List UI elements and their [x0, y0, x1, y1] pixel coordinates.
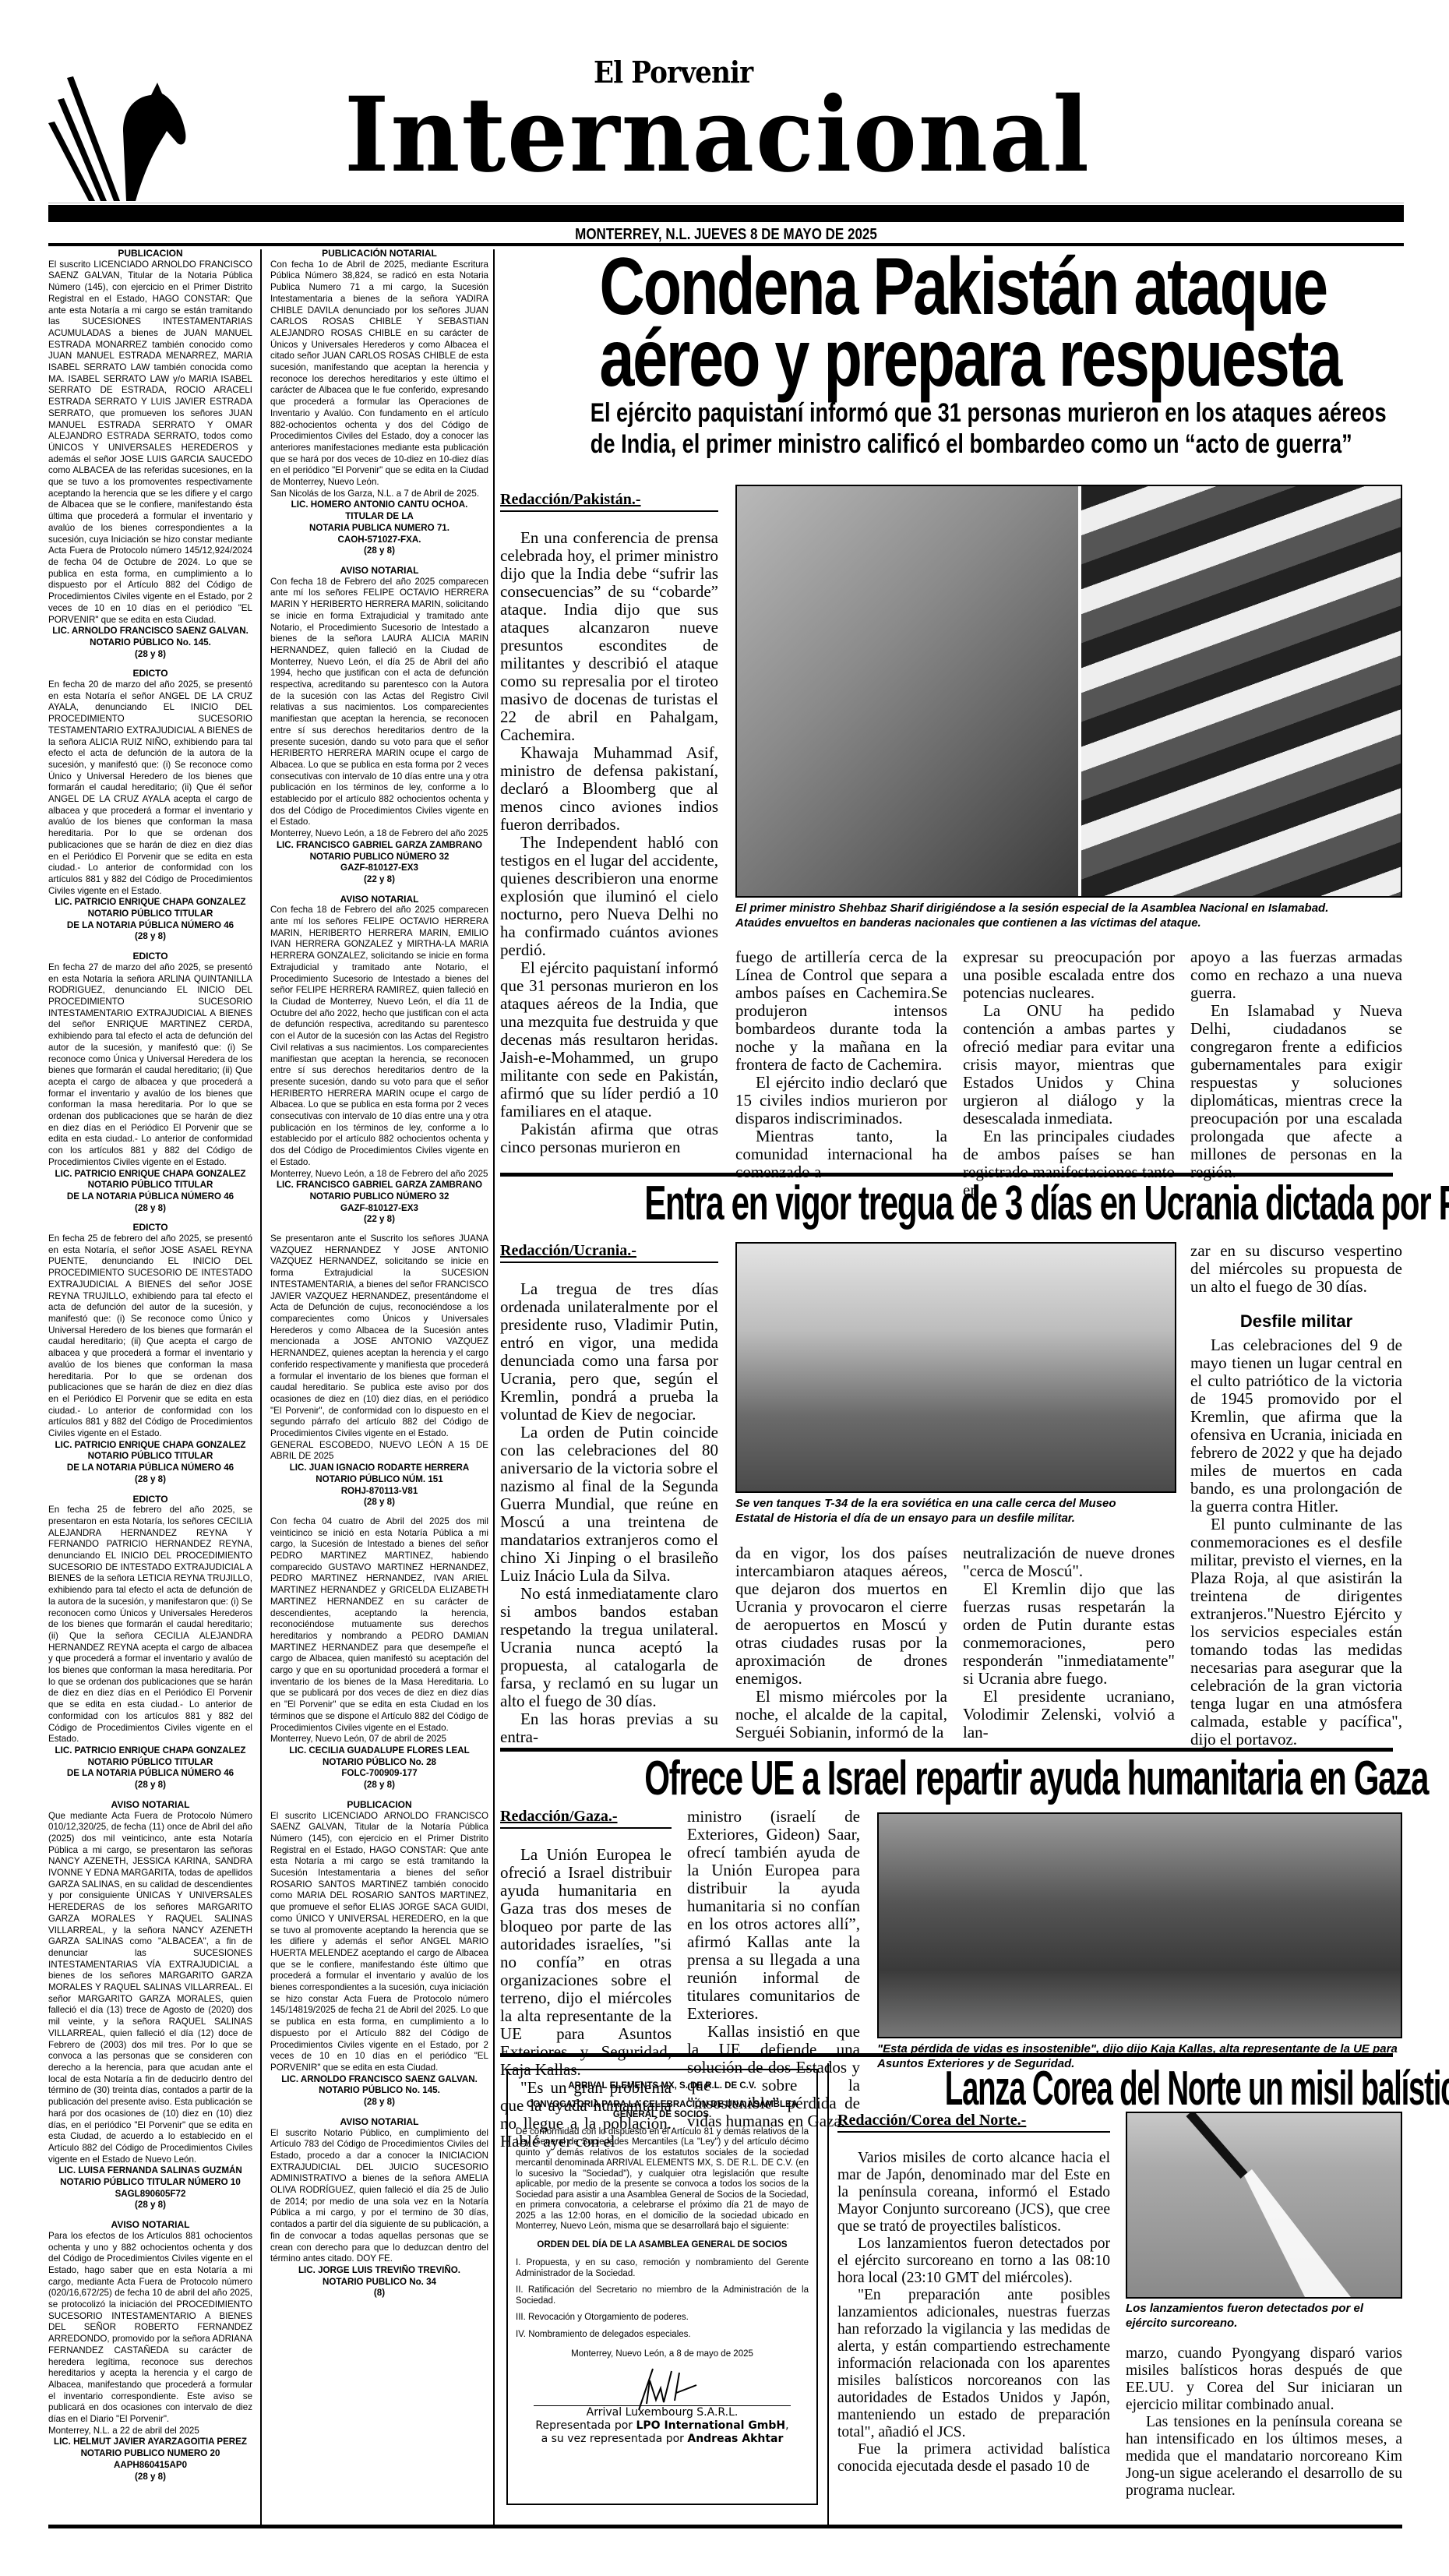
signature-line: (28 y 8) [48, 1203, 252, 1215]
paragraph: fuego de artillería cerca de la Línea de… [735, 948, 947, 1074]
signature-line: NOTARIO PÚBLICO No. 28 [270, 1757, 488, 1769]
subheadline: de India, el primer ministro calificó el… [591, 429, 1312, 460]
notice-date: GENERAL ESCOBEDO, NUEVO LEÓN A 15 DE ABR… [270, 1440, 488, 1463]
signature-line: DE LA NOTARIA PÚBLICA NÚMERO 46 [48, 1463, 252, 1474]
caption-line: Ataúdes envueltos en banderas nacionales… [735, 916, 1402, 930]
notice-date: Monterrey, Nuevo León, a 18 de Febrero d… [270, 828, 488, 840]
notice-body: De conformidad con lo dispuesto en el Ar… [516, 2127, 809, 2232]
signature-line: NOTARIO PÚBLICO No. 145. [48, 637, 252, 649]
photo-prime-minister [737, 486, 1080, 898]
signature-line: LIC. ARNOLDO FRANCISCO SAENZ GALVAN. [48, 626, 252, 637]
notice-title: PUBLICACION [270, 1799, 488, 1811]
signature-line: NOTARIO PÚBLICO TITULAR [48, 1180, 252, 1191]
signature-line: (28 y 8) [270, 545, 488, 557]
legal-notice: AVISO NOTARIALCon fecha 18 de Febrero de… [270, 565, 488, 886]
paragraph: Las celebraciones del 9 de mayo tienen u… [1190, 1336, 1402, 1516]
legal-notice: PUBLICACIÓN NOTARIALCon fecha 1o de Abri… [270, 248, 488, 557]
signature-line: LIC. PATRICIO ENRIQUE CHAPA GONZALEZ [48, 897, 252, 909]
signature-line: LIC. PATRICIO ENRIQUE CHAPA GONZALEZ [48, 1440, 252, 1452]
notice-title: EDICTO [48, 668, 252, 679]
agenda-title: ORDEN DEL DÍA DE LA ASAMBLEA GENERAL DE … [516, 2240, 809, 2251]
headline: Entra en vigor tregua de 3 días en Ucran… [644, 1178, 1257, 1230]
signer-label: a su vez representada por [541, 2433, 688, 2445]
notary-signature: LIC. JORGE LUIS TREVIÑO TREVIÑO.NOTARIO … [270, 2265, 488, 2299]
paragraph: El ejército indio declaró que 15 civiles… [735, 1074, 947, 1127]
agenda-item: I. Propuesta, y en su caso, remoción y n… [516, 2258, 809, 2279]
paragraph: Varios misiles de corto alcance hacia el… [837, 2150, 1110, 2235]
signature-line: LIC. ARNOLDO FRANCISCO SAENZ GALVAN. [270, 2074, 488, 2086]
notary-signature: LIC. HOMERO ANTONIO CANTU OCHOA.TITULAR … [270, 499, 488, 557]
signature-line: LIC. FRANCISCO GABRIEL GARZA ZAMBRANO [270, 840, 488, 852]
notice-body: El suscrito LICENCIADO ARNOLDO FRANCISCO… [48, 259, 252, 626]
photo-caption: El primer ministro Shehbaz Sharif dirigi… [735, 901, 1402, 930]
headline: aéreo y prepara respuesta [599, 323, 1303, 394]
byline: Redacción/Gaza.- [500, 1808, 672, 1829]
article-body: fuego de artillería cerca de la Línea de… [735, 948, 947, 1181]
paragraph: El punto culminante de las conmemoracion… [1190, 1516, 1402, 1749]
notice-body: En fecha 27 de marzo del año 2025, se pr… [48, 962, 252, 1169]
paragraph: marzo, cuando Pyongyang disparó varios m… [1126, 2345, 1402, 2414]
photo-pakistan [735, 485, 1402, 898]
signature-line: (8) [270, 2288, 488, 2299]
paragraph: da en vigor, los dos países intercambiar… [735, 1544, 947, 1688]
article-body: La tregua de tres días ordenada unilater… [500, 1280, 718, 1746]
notary-signature: LIC. PATRICIO ENRIQUE CHAPA GONZALEZNOTA… [48, 897, 252, 943]
notice-body: Se presentaron ante el Suscrito los seño… [270, 1233, 488, 1440]
paragraph: En las horas previas a su entra- [500, 1710, 718, 1746]
signature-line: (28 y 8) [48, 649, 252, 661]
signature-line: FOLC-700909-177 [270, 1768, 488, 1780]
headline: Condena Pakistán ataque [599, 251, 1303, 323]
signature-line: DE LA NOTARIA PÚBLICA NÚMERO 46 [48, 1768, 252, 1780]
notice-body: Con fecha 04 cuatro de Abril del 2025 do… [270, 1516, 488, 1734]
signature-line: NOTARIO PÚBLICO No. 145. [270, 2085, 488, 2097]
signature-line: LIC. JORGE LUIS TREVIÑO TREVIÑO. [270, 2265, 488, 2277]
signature-line: DE LA NOTARIA PÚBLICA NÚMERO 46 [48, 920, 252, 932]
notary-signature: LIC. LUISA FERNANDA SALINAS GUZMÁNNOTARI… [48, 2165, 252, 2211]
notice-title: AVISO NOTARIAL [270, 565, 488, 577]
paragraph: The Independent habló con testigos en el… [500, 834, 718, 959]
notice-body: En fecha 25 de febrero del año 2025, se … [48, 1505, 252, 1745]
legal-notice: AVISO NOTARIALCon fecha 18 de Febrero de… [270, 894, 488, 1226]
notice-title: AVISO NOTARIAL [48, 1799, 252, 1811]
signature-line: (28 y 8) [270, 2097, 488, 2108]
paragraph: En una conferencia de prensa celebrada h… [500, 529, 718, 744]
signature-line: LIC. JUAN IGNACIO RODARTE HERRERA [270, 1463, 488, 1474]
notice-title: AVISO NOTARIAL [270, 2116, 488, 2128]
headline: Ofrece UE a Israel repartir ayuda humani… [644, 1753, 1257, 1805]
article-body: apoyo a las fuerzas armadas como en rech… [1190, 948, 1402, 1181]
article-column: zar en su discurso vespertino del miérco… [1190, 1242, 1402, 1749]
column-divider [260, 249, 262, 2525]
notice-body: Con fecha 1o de Abril de 2025, mediante … [270, 259, 488, 489]
paragraph: La orden de Putin coincide con las celeb… [500, 1424, 718, 1585]
notice-date: Monterrey, Nuevo León, 07 de abril de 20… [270, 1734, 488, 1745]
signature-line: LIC. HOMERO ANTONIO CANTU OCHOA. [270, 499, 488, 511]
paragraph: expresar su preocupación por una posible… [963, 948, 1175, 1002]
notice-body: En fecha 20 de marzo del año 2025, se pr… [48, 679, 252, 897]
notice-body: Con fecha 18 de Febrero del año 2025 com… [270, 905, 488, 1168]
signature-line: NOTARIO PÚBLICO TITULAR NÚMERO 10 [48, 2177, 252, 2189]
signature-line: GAZF-810127-EX3 [270, 863, 488, 874]
signer-entity: LPO International GmbH [636, 2419, 785, 2432]
signature-line: NOTARIO PUBLICO NÚMERO 32 [270, 852, 488, 863]
agenda-item: III. Revocación y Otorgamiento de podere… [516, 2313, 809, 2324]
byline: Redacción/Pakistán.- [500, 491, 718, 512]
legal-notice: AVISO NOTARIALPara los efectos de los Ar… [48, 2219, 252, 2482]
paragraph: Los lanzamientos fueron detectados por e… [837, 2235, 1110, 2287]
notice-date: Monterrey, N.L. a 22 de abril del 2025 [48, 2426, 252, 2437]
signature-icon [615, 2365, 709, 2412]
paragraph: ministro (israelí de Exteriores, Gideon)… [687, 1808, 860, 2023]
paragraph: Las tensiones en la península coreana se… [1126, 2414, 1402, 2500]
signature-line: AAPH860415AP0 [48, 2460, 252, 2472]
legal-notice: EDICTOEn fecha 20 de marzo del año 2025,… [48, 668, 252, 943]
signature-line: GAZF-810127-EX3 [270, 1203, 488, 1215]
signature-line: (28 y 8) [48, 931, 252, 943]
caption-line: Estatal de Historia el día de un ensayo … [735, 1511, 1176, 1526]
signature-line: LIC. PATRICIO ENRIQUE CHAPA GONZALEZ [48, 1169, 252, 1180]
notary-signature: LIC. ARNOLDO FRANCISCO SAENZ GALVAN.NOTA… [270, 2074, 488, 2108]
notice-body: El suscrito Notario Público, en cumplimi… [270, 2128, 488, 2265]
masthead-bar [48, 205, 1404, 222]
legal-notice: AVISO NOTARIALEl suscrito Notario Públic… [270, 2116, 488, 2299]
legal-notice: EDICTOEn fecha 25 de febrero del año 202… [48, 1222, 252, 1485]
paragraph: Fue la primera actividad balística conoc… [837, 2441, 1110, 2475]
article-corea: Lanza Corea del Norte un misil balístico… [837, 2063, 1402, 2523]
signature-line: (28 y 8) [48, 2472, 252, 2483]
subheadline: El ejército paquistaní informó que 31 pe… [591, 397, 1312, 429]
column-divider [827, 2063, 829, 2525]
notary-signature: LIC. CECILIA GUADALUPE FLORES LEALNOTARI… [270, 1745, 488, 1791]
article-body: marzo, cuando Pyongyang disparó varios m… [1126, 2345, 1402, 2500]
byline: Redacción/Corea del Norte.- [837, 2112, 1110, 2133]
company-name: ARRIVAL ELEMENTS MX, S. DE R.L. DE C.V. [516, 2081, 809, 2092]
paragraph: La Unión Europea le ofreció a Israel dis… [500, 1846, 672, 2079]
signer: Arrival Luxembourg S.A.R.L. Representada… [516, 2406, 809, 2446]
notice-title: AVISO NOTARIAL [270, 894, 488, 905]
caption-line: Se ven tanques T-34 de la era soviética … [735, 1496, 1176, 1511]
notice-title: EDICTO [48, 1494, 252, 1505]
missile-launch-icon [1127, 2113, 1402, 2299]
signature-line: LIC. PATRICIO ENRIQUE CHAPA GONZALEZ [48, 1745, 252, 1757]
legal-notice: Se presentaron ante el Suscrito los seño… [270, 1233, 488, 1509]
legal-convocatoria-box: ARRIVAL ELEMENTS MX, S. DE R.L. DE C.V. … [506, 2069, 818, 2505]
agenda-item: II. Ratificación del Secretario no miemb… [516, 2285, 809, 2306]
legal-notice: PUBLICACIONEl suscrito LICENCIADO ARNOLD… [48, 248, 252, 660]
notary-signature: LIC. PATRICIO ENRIQUE CHAPA GONZALEZNOTA… [48, 1440, 252, 1486]
article-body: expresar su preocupación por una posible… [963, 948, 1175, 1199]
photo-moscow-tanks [735, 1242, 1176, 1493]
signature-line: NOTARIA PUBLICA NUMERO 71. [270, 523, 488, 535]
paragraph: El ejército paquistaní informó que 31 pe… [500, 959, 718, 1120]
notary-signature: LIC. JUAN IGNACIO RODARTE HERRERANOTARIO… [270, 1463, 488, 1509]
paragraph: La ONU ha pedido contención a ambas part… [963, 1002, 1175, 1127]
signature-line: (22 y 8) [270, 1214, 488, 1226]
paragraph: No está inmediatamente claro si ambos ba… [500, 1585, 718, 1710]
notary-signature: LIC. HELMUT JAVIER AYARZAGOITIA PEREZNOT… [48, 2437, 252, 2482]
paragraph: En Islamabad y Nueva Delhi, ciudadanos s… [1190, 1002, 1402, 1181]
photo-missile [1126, 2112, 1402, 2299]
column-divider [493, 249, 495, 2525]
divider [48, 203, 1404, 203]
notice-body: En fecha 25 de febrero del año 2025, se … [48, 1233, 252, 1440]
legal-notice: PUBLICACIONEl suscrito LICENCIADO ARNOLD… [270, 1799, 488, 2108]
notice-title: EDICTO [48, 951, 252, 962]
headline: Lanza Corea del Norte un misil balístico [945, 2063, 1296, 2115]
article-pakistan: Condena Pakistán ataque aéreo y prepara … [500, 251, 1402, 1174]
signature-line: (28 y 8) [48, 2200, 252, 2211]
notice-date: San Nicolás de los Garza, N.L. a 7 de Ab… [270, 489, 488, 500]
article-ucrania: Entra en vigor tregua de 3 días en Ucran… [500, 1178, 1402, 1747]
signer-label: Representada por [535, 2419, 636, 2432]
signature-line: LIC. HELMUT JAVIER AYARZAGOITIA PEREZ [48, 2437, 252, 2448]
paragraph: El presidente ucraniano, Volodimir Zelen… [963, 1688, 1175, 1741]
signature-line: (28 y 8) [48, 1780, 252, 1791]
notice-title: PUBLICACION [48, 248, 252, 259]
notice-date: Monterrey, Nuevo León, a 18 de Febrero d… [270, 1169, 488, 1180]
byline: Redacción/Ucrania.- [500, 1242, 718, 1263]
article-body: da en vigor, los dos países intercambiar… [735, 1544, 947, 1741]
signature-line: NOTARIO PUBLICO NUMERO 20 [48, 2448, 252, 2460]
signature-line: DE LA NOTARIA PÚBLICA NÚMERO 46 [48, 1191, 252, 1203]
signature-line: NOTARIO PÚBLICO TITULAR [48, 1757, 252, 1769]
legal-notice: EDICTOEn fecha 27 de marzo del año 2025,… [48, 951, 252, 1214]
signature-line: LIC. FRANCISCO GABRIEL GARZA ZAMBRANO [270, 1180, 488, 1191]
signature-line: LIC. LUISA FERNANDA SALINAS GUZMÁN [48, 2165, 252, 2177]
signature-line: (28 y 8) [48, 1474, 252, 1486]
signature-line: NOTARIO PÚBLICO TITULAR [48, 1451, 252, 1463]
signature-line: CAOH-571027-FXA. [270, 535, 488, 546]
signer-person: Andreas Akhtar [687, 2433, 783, 2445]
notary-signature: LIC. PATRICIO ENRIQUE CHAPA GONZALEZNOTA… [48, 1169, 252, 1215]
subheading: Desfile militar [1190, 1311, 1402, 1332]
horse-logo-icon [48, 69, 189, 201]
paragraph: El Kremlin dijo que las fuerzas rusas re… [963, 1580, 1175, 1688]
notice-title: PUBLICACIÓN NOTARIAL [270, 248, 488, 259]
notice-title: AVISO NOTARIAL [48, 2219, 252, 2231]
signature-line: SAGL890605F72 [48, 2189, 252, 2200]
legal-notice: EDICTOEn fecha 25 de febrero del año 202… [48, 1494, 252, 1791]
notice-body: Con fecha 18 de Febrero del año 2025 com… [270, 577, 488, 828]
page-bottom-rule [48, 2525, 1402, 2528]
notice-title: CONVOCATORIA PARA LA CELEBRACIÓN DE UNA … [516, 2100, 809, 2121]
paragraph: apoyo a las fuerzas armadas como en rech… [1190, 948, 1402, 1002]
photo-gaza [877, 1812, 1402, 2038]
article-body: Varios misiles de corto alcance hacia el… [837, 2150, 1110, 2475]
notary-signature: LIC. ARNOLDO FRANCISCO SAENZ GALVAN.NOTA… [48, 626, 252, 660]
notary-signature: LIC. FRANCISCO GABRIEL GARZA ZAMBRANONOT… [270, 840, 488, 886]
notary-signature: LIC. PATRICIO ENRIQUE CHAPA GONZALEZNOTA… [48, 1745, 252, 1791]
signature-line: LIC. CECILIA GUADALUPE FLORES LEAL [270, 1745, 488, 1757]
signer-name: Arrival Luxembourg S.A.R.L. [516, 2406, 809, 2419]
signature-line: (22 y 8) [270, 874, 488, 886]
place-date: Monterrey, Nuevo León, a 8 de mayo de 20… [516, 2349, 809, 2360]
photo-divider [1078, 486, 1081, 898]
article-body: neutralización de nueve drones "cerca de… [963, 1544, 1175, 1741]
notice-body: El suscrito LICENCIADO ARNOLDO FRANCISCO… [270, 1811, 488, 2074]
paragraph: Khawaja Muhammad Asif, ministro de defen… [500, 744, 718, 834]
article-body: En una conferencia de prensa celebrada h… [500, 529, 718, 1156]
paragraph: "En preparación ante posibles lanzamient… [837, 2287, 1110, 2441]
legal-notice: AVISO NOTARIALQue mediante Acta Fuera de… [48, 1799, 252, 2211]
legal-notices-column-1: PUBLICACIONEl suscrito LICENCIADO ARNOLD… [48, 248, 252, 2490]
agenda-item: IV. Nombramiento de delegados especiales… [516, 2330, 809, 2341]
legal-notices-column-2: PUBLICACIÓN NOTARIALCon fecha 1o de Abri… [270, 248, 488, 2307]
photo-coffins [1080, 486, 1402, 898]
paragraph: El mismo miércoles por la noche, el alca… [735, 1688, 947, 1741]
signature-line: NOTARIO PÚBLICO NÚM. 151 [270, 1474, 488, 1486]
paragraph: La tregua de tres días ordenada unilater… [500, 1280, 718, 1424]
signature-line: NOTARIO PUBLICO NÚMERO 32 [270, 1191, 488, 1203]
brand-title: Internacional [344, 84, 1091, 187]
notice-title: EDICTO [48, 1222, 252, 1233]
signature-line: ROHJ-870113-V81 [270, 1486, 488, 1498]
caption-line: El primer ministro Shehbaz Sharif dirigi… [735, 901, 1402, 916]
section-divider [500, 2053, 1393, 2057]
photo-caption: Se ven tanques T-34 de la era soviética … [735, 1496, 1176, 1526]
photo-caption: Los lanzamientos fueron detectados por e… [1126, 2301, 1402, 2331]
signature-line: (28 y 8) [270, 1780, 488, 1791]
notary-signature: LIC. FRANCISCO GABRIEL GARZA ZAMBRANONOT… [270, 1180, 488, 1226]
paragraph: Pakistán afirma que otras cinco personas… [500, 1120, 718, 1156]
paragraph: neutralización de nueve drones "cerca de… [963, 1544, 1175, 1580]
signature-line: NOTARIO PUBLICO No. 34 [270, 2277, 488, 2288]
legal-notice: Con fecha 04 cuatro de Abril del 2025 do… [270, 1516, 488, 1791]
notice-body: Para los efectos de los Artículos 881 oc… [48, 2231, 252, 2426]
signature-line: (28 y 8) [270, 1497, 488, 1509]
signature-line: TITULAR DE LA [270, 511, 488, 523]
notice-body: Que mediante Acta Fuera de Protocolo Núm… [48, 1811, 252, 2166]
signature-line: NOTARIO PÚBLICO TITULAR [48, 909, 252, 920]
masthead: El Porvenir Internacional MONTERREY, N.L… [48, 47, 1404, 242]
paragraph: zar en su discurso vespertino del miérco… [1190, 1242, 1402, 1296]
